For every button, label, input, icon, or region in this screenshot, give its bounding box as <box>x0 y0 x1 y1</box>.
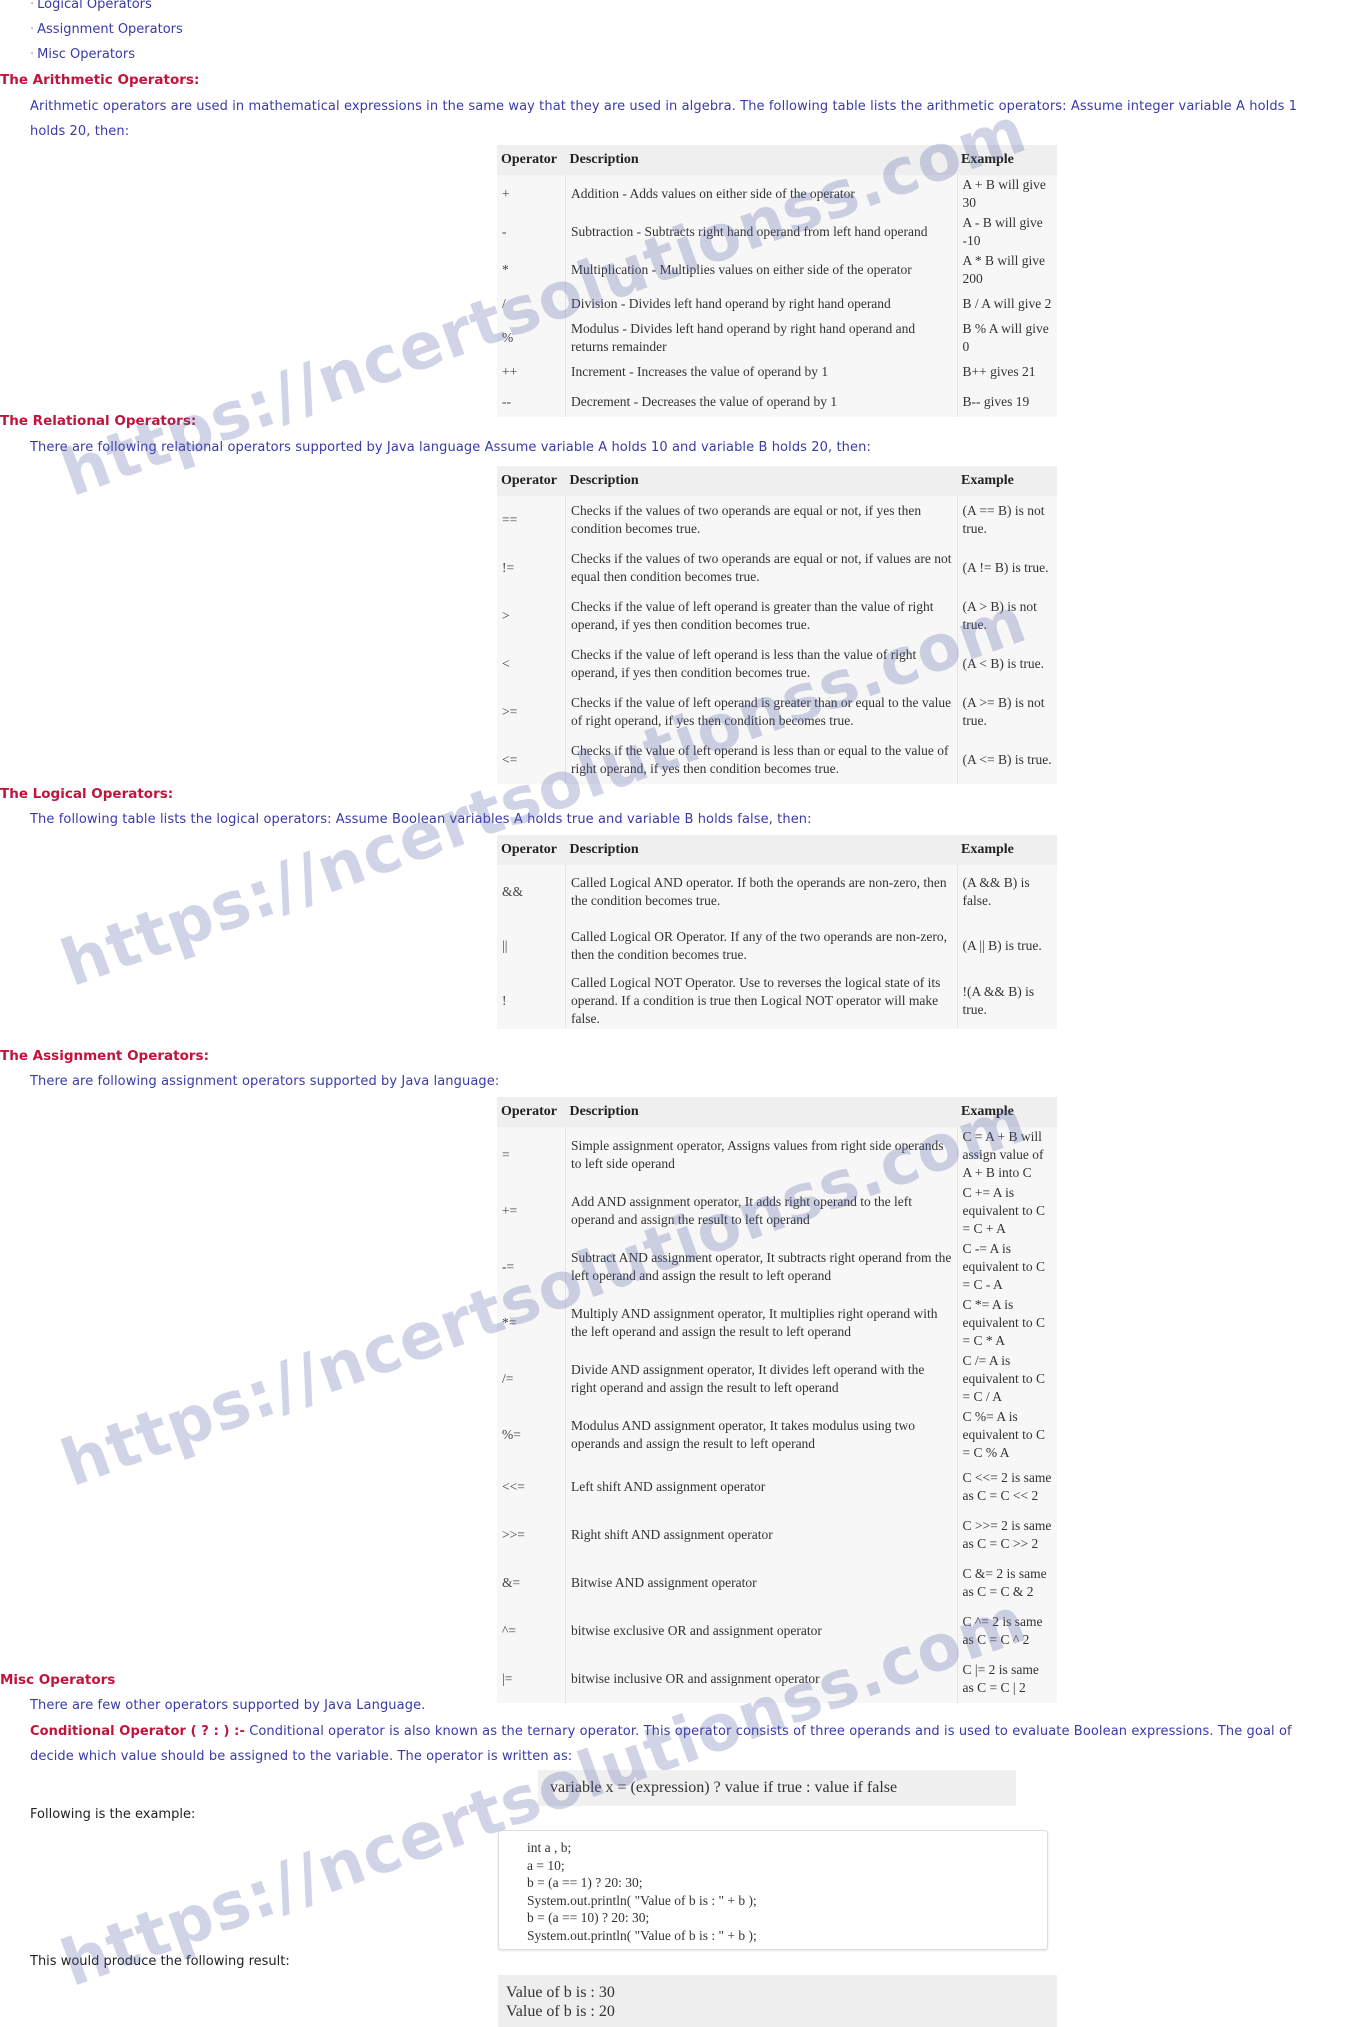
table-row: <=Checks if the value of left operand is… <box>497 736 1057 784</box>
toc-link-assignment-operators[interactable]: ·Assignment Operators <box>30 22 183 37</box>
example-cell: C += A is equivalent to C = C + A <box>957 1183 1057 1239</box>
assignment-intro: There are following assignment operators… <box>30 1074 499 1089</box>
operator-cell: -- <box>497 387 566 417</box>
example-cell: C |= 2 is same as C = C | 2 <box>957 1655 1057 1703</box>
description-cell: Called Logical NOT Operator. Use to reve… <box>566 973 958 1029</box>
operator-cell: *= <box>497 1295 566 1351</box>
operator-cell: >>= <box>497 1511 566 1559</box>
output-result-block: Value of b is : 30 Value of b is : 20 <box>498 1975 1057 2027</box>
code-line: System.out.println( "Value of b is : " +… <box>527 1892 1047 1910</box>
operator-cell: >= <box>497 688 566 736</box>
relational-operators-table: OperatorDescriptionExample==Checks if th… <box>497 466 1057 784</box>
operator-cell: |= <box>497 1655 566 1703</box>
table-row: -Subtraction - Subtracts right hand oper… <box>497 213 1057 251</box>
example-cell: C %= A is equivalent to C = C % A <box>957 1407 1057 1463</box>
logical-intro: The following table lists the logical op… <box>30 812 812 827</box>
description-cell: Bitwise AND assignment operator <box>566 1559 958 1607</box>
description-cell: Modulus AND assignment operator, It take… <box>566 1407 958 1463</box>
example-cell: A * B will give 200 <box>957 251 1057 289</box>
operator-cell: += <box>497 1183 566 1239</box>
example-cell: (A > B) is not true. <box>957 592 1057 640</box>
operator-cell: > <box>497 592 566 640</box>
example-cell: C /= A is equivalent to C = C / A <box>957 1351 1057 1407</box>
description-cell: Subtraction - Subtracts right hand opera… <box>566 213 958 251</box>
example-cell: C &= 2 is same as C = C & 2 <box>957 1559 1057 1607</box>
arithmetic-intro-line2: holds 20, then: <box>30 124 129 139</box>
table-row: >Checks if the value of left operand is … <box>497 592 1057 640</box>
code-line: b = (a == 1) ? 20: 30; <box>527 1874 1047 1892</box>
description-cell: Multiplication - Multiplies values on ei… <box>566 251 958 289</box>
code-line: a = 10; <box>527 1857 1047 1875</box>
example-cell: (A >= B) is not true. <box>957 688 1057 736</box>
description-cell: Checks if the values of two operands are… <box>566 496 958 544</box>
description-cell: Decrement - Decreases the value of opera… <box>566 387 958 417</box>
arithmetic-operators-table: OperatorDescriptionExample+Addition - Ad… <box>497 145 1057 417</box>
relational-intro: There are following relational operators… <box>30 440 871 455</box>
example-cell: C = A + B will assign value of A + B int… <box>957 1127 1057 1183</box>
example-cell: (A || B) is true. <box>957 919 1057 973</box>
operator-cell: - <box>497 213 566 251</box>
toc-label: Assignment Operators <box>37 22 183 37</box>
operator-cell: < <box>497 640 566 688</box>
operator-cell: = <box>497 1127 566 1183</box>
table-row: ^=bitwise exclusive OR and assignment op… <box>497 1607 1057 1655</box>
description-cell: Addition - Adds values on either side of… <box>566 175 958 213</box>
description-cell: Called Logical AND operator. If both the… <box>566 865 958 919</box>
table-row: <<=Left shift AND assignment operatorC <… <box>497 1463 1057 1511</box>
operator-cell: / <box>497 289 566 319</box>
table-row: -=Subtract AND assignment operator, It s… <box>497 1239 1057 1295</box>
example-cell: (A < B) is true. <box>957 640 1057 688</box>
table-header-row: OperatorDescriptionExample <box>497 1097 1057 1127</box>
table-header-row: OperatorDescriptionExample <box>497 835 1057 865</box>
table-row: --Decrement - Decreases the value of ope… <box>497 387 1057 417</box>
output-line: Value of b is : 20 <box>506 2002 1057 2021</box>
column-header-example: Example <box>957 466 1057 496</box>
toc-label: Logical Operators <box>37 0 152 12</box>
operator-cell: <= <box>497 736 566 784</box>
operator-cell: && <box>497 865 566 919</box>
table-row: %=Modulus AND assignment operator, It ta… <box>497 1407 1057 1463</box>
code-line: b = (a == 10) ? 20: 30; <box>527 1909 1047 1927</box>
table-row: %Modulus - Divides left hand operand by … <box>497 319 1057 357</box>
column-header-description: Description <box>566 466 958 496</box>
assignment-heading: The Assignment Operators: <box>0 1048 209 1064</box>
table-row: >=Checks if the value of left operand is… <box>497 688 1057 736</box>
example-cell: C >>= 2 is same as C = C >> 2 <box>957 1511 1057 1559</box>
table-row: !=Checks if the values of two operands a… <box>497 544 1057 592</box>
table-row: ==Checks if the values of two operands a… <box>497 496 1057 544</box>
arithmetic-heading: The Arithmetic Operators: <box>0 72 199 88</box>
example-cell: B / A will give 2 <box>957 289 1057 319</box>
conditional-operator-text: Conditional operator is also known as th… <box>245 1724 1292 1739</box>
column-header-description: Description <box>566 835 958 865</box>
table-row: *Multiplication - Multiplies values on e… <box>497 251 1057 289</box>
code-line: int a , b; <box>527 1839 1047 1857</box>
code-example-block: int a , b; a = 10; b = (a == 1) ? 20: 30… <box>498 1830 1048 1950</box>
example-cell: (A == B) is not true. <box>957 496 1057 544</box>
description-cell: Checks if the value of left operand is l… <box>566 736 958 784</box>
output-line: Value of b is : 30 <box>506 1983 1057 2002</box>
code-line: System.out.println( "Value of b is : " +… <box>527 1927 1047 1945</box>
table-header-row: OperatorDescriptionExample <box>497 145 1057 175</box>
table-row: /=Divide AND assignment operator, It div… <box>497 1351 1057 1407</box>
example-cell: C ^= 2 is same as C = C ^ 2 <box>957 1607 1057 1655</box>
column-header-description: Description <box>566 145 958 175</box>
toc-label: Misc Operators <box>37 47 135 62</box>
example-cell: (A <= B) is true. <box>957 736 1057 784</box>
operator-cell: + <box>497 175 566 213</box>
column-header-example: Example <box>957 835 1057 865</box>
conditional-operator-description-line2: decide which value should be assigned to… <box>30 1749 572 1764</box>
table-row: ||Called Logical OR Operator. If any of … <box>497 919 1057 973</box>
result-intro: This would produce the following result: <box>30 1954 290 1969</box>
bullet-icon: · <box>30 47 34 62</box>
description-cell: Checks if the values of two operands are… <box>566 544 958 592</box>
table-row: |=bitwise inclusive OR and assignment op… <box>497 1655 1057 1703</box>
description-cell: Multiply AND assignment operator, It mul… <box>566 1295 958 1351</box>
description-cell: Division - Divides left hand operand by … <box>566 289 958 319</box>
example-cell: A + B will give 30 <box>957 175 1057 213</box>
column-header-operator: Operator <box>497 1097 566 1127</box>
description-cell: Right shift AND assignment operator <box>566 1511 958 1559</box>
column-header-operator: Operator <box>497 145 566 175</box>
operator-cell: -= <box>497 1239 566 1295</box>
conditional-operator-description: Conditional Operator ( ? : ) :- Conditio… <box>30 1724 1292 1739</box>
example-cell: C *= A is equivalent to C = C * A <box>957 1295 1057 1351</box>
arithmetic-intro-line1: Arithmetic operators are used in mathema… <box>30 99 1297 114</box>
table-row: >>=Right shift AND assignment operatorC … <box>497 1511 1057 1559</box>
table-row: +=Add AND assignment operator, It adds r… <box>497 1183 1057 1239</box>
example-cell: B++ gives 21 <box>957 357 1057 387</box>
conditional-operator-label: Conditional Operator ( ? : ) :- <box>30 1724 245 1739</box>
operator-cell: &= <box>497 1559 566 1607</box>
example-cell: !(A && B) is true. <box>957 973 1057 1029</box>
example-cell: B % A will give 0 <box>957 319 1057 357</box>
table-row: *=Multiply AND assignment operator, It m… <box>497 1295 1057 1351</box>
operator-cell: == <box>497 496 566 544</box>
logical-heading: The Logical Operators: <box>0 786 173 802</box>
table-row: +Addition - Adds values on either side o… <box>497 175 1057 213</box>
operator-cell: || <box>497 919 566 973</box>
description-cell: Increment - Increases the value of opera… <box>566 357 958 387</box>
operator-cell: % <box>497 319 566 357</box>
description-cell: Subtract AND assignment operator, It sub… <box>566 1239 958 1295</box>
description-cell: Add AND assignment operator, It adds rig… <box>566 1183 958 1239</box>
description-cell: Left shift AND assignment operator <box>566 1463 958 1511</box>
operator-cell: ++ <box>497 357 566 387</box>
operator-cell: /= <box>497 1351 566 1407</box>
bullet-icon: · <box>30 0 34 12</box>
logical-operators-table: OperatorDescriptionExample&&Called Logic… <box>497 835 1057 1029</box>
table-row: =Simple assignment operator, Assigns val… <box>497 1127 1057 1183</box>
description-cell: bitwise inclusive OR and assignment oper… <box>566 1655 958 1703</box>
description-cell: bitwise exclusive OR and assignment oper… <box>566 1607 958 1655</box>
example-cell: C -= A is equivalent to C = C - A <box>957 1239 1057 1295</box>
column-header-operator: Operator <box>497 466 566 496</box>
description-cell: Called Logical OR Operator. If any of th… <box>566 919 958 973</box>
operator-cell: ! <box>497 973 566 1029</box>
operator-cell: <<= <box>497 1463 566 1511</box>
misc-intro: There are few other operators supported … <box>30 1698 425 1713</box>
table-row: &=Bitwise AND assignment operatorC &= 2 … <box>497 1559 1057 1607</box>
example-cell: C <<= 2 is same as C = C << 2 <box>957 1463 1057 1511</box>
table-row: ++Increment - Increases the value of ope… <box>497 357 1057 387</box>
ternary-syntax-box: variable x = (expression) ? value if tru… <box>538 1770 1016 1806</box>
description-cell: Checks if the value of left operand is g… <box>566 688 958 736</box>
toc-link-logical-operators[interactable]: ·Logical Operators <box>30 0 152 12</box>
column-header-description: Description <box>566 1097 958 1127</box>
description-cell: Modulus - Divides left hand operand by r… <box>566 319 958 357</box>
bullet-icon: · <box>30 22 34 37</box>
toc-link-misc-operators[interactable]: ·Misc Operators <box>30 47 135 62</box>
table-header-row: OperatorDescriptionExample <box>497 466 1057 496</box>
description-cell: Checks if the value of left operand is l… <box>566 640 958 688</box>
example-intro: Following is the example: <box>30 1807 195 1822</box>
description-cell: Divide AND assignment operator, It divid… <box>566 1351 958 1407</box>
relational-heading: The Relational Operators: <box>0 413 196 429</box>
operator-cell: * <box>497 251 566 289</box>
table-row: <Checks if the value of left operand is … <box>497 640 1057 688</box>
table-row: !Called Logical NOT Operator. Use to rev… <box>497 973 1057 1029</box>
example-cell: (A != B) is true. <box>957 544 1057 592</box>
column-header-operator: Operator <box>497 835 566 865</box>
example-cell: (A && B) is false. <box>957 865 1057 919</box>
example-cell: A - B will give -10 <box>957 213 1057 251</box>
example-cell: B-- gives 19 <box>957 387 1057 417</box>
column-header-example: Example <box>957 145 1057 175</box>
operator-cell: != <box>497 544 566 592</box>
description-cell: Checks if the value of left operand is g… <box>566 592 958 640</box>
table-row: &&Called Logical AND operator. If both t… <box>497 865 1057 919</box>
table-row: /Division - Divides left hand operand by… <box>497 289 1057 319</box>
description-cell: Simple assignment operator, Assigns valu… <box>566 1127 958 1183</box>
misc-heading: Misc Operators <box>0 1672 115 1688</box>
ternary-syntax: variable x = (expression) ? value if tru… <box>550 1779 897 1797</box>
assignment-operators-table: OperatorDescriptionExample=Simple assign… <box>497 1097 1057 1703</box>
operator-cell: ^= <box>497 1607 566 1655</box>
column-header-example: Example <box>957 1097 1057 1127</box>
operator-cell: %= <box>497 1407 566 1463</box>
